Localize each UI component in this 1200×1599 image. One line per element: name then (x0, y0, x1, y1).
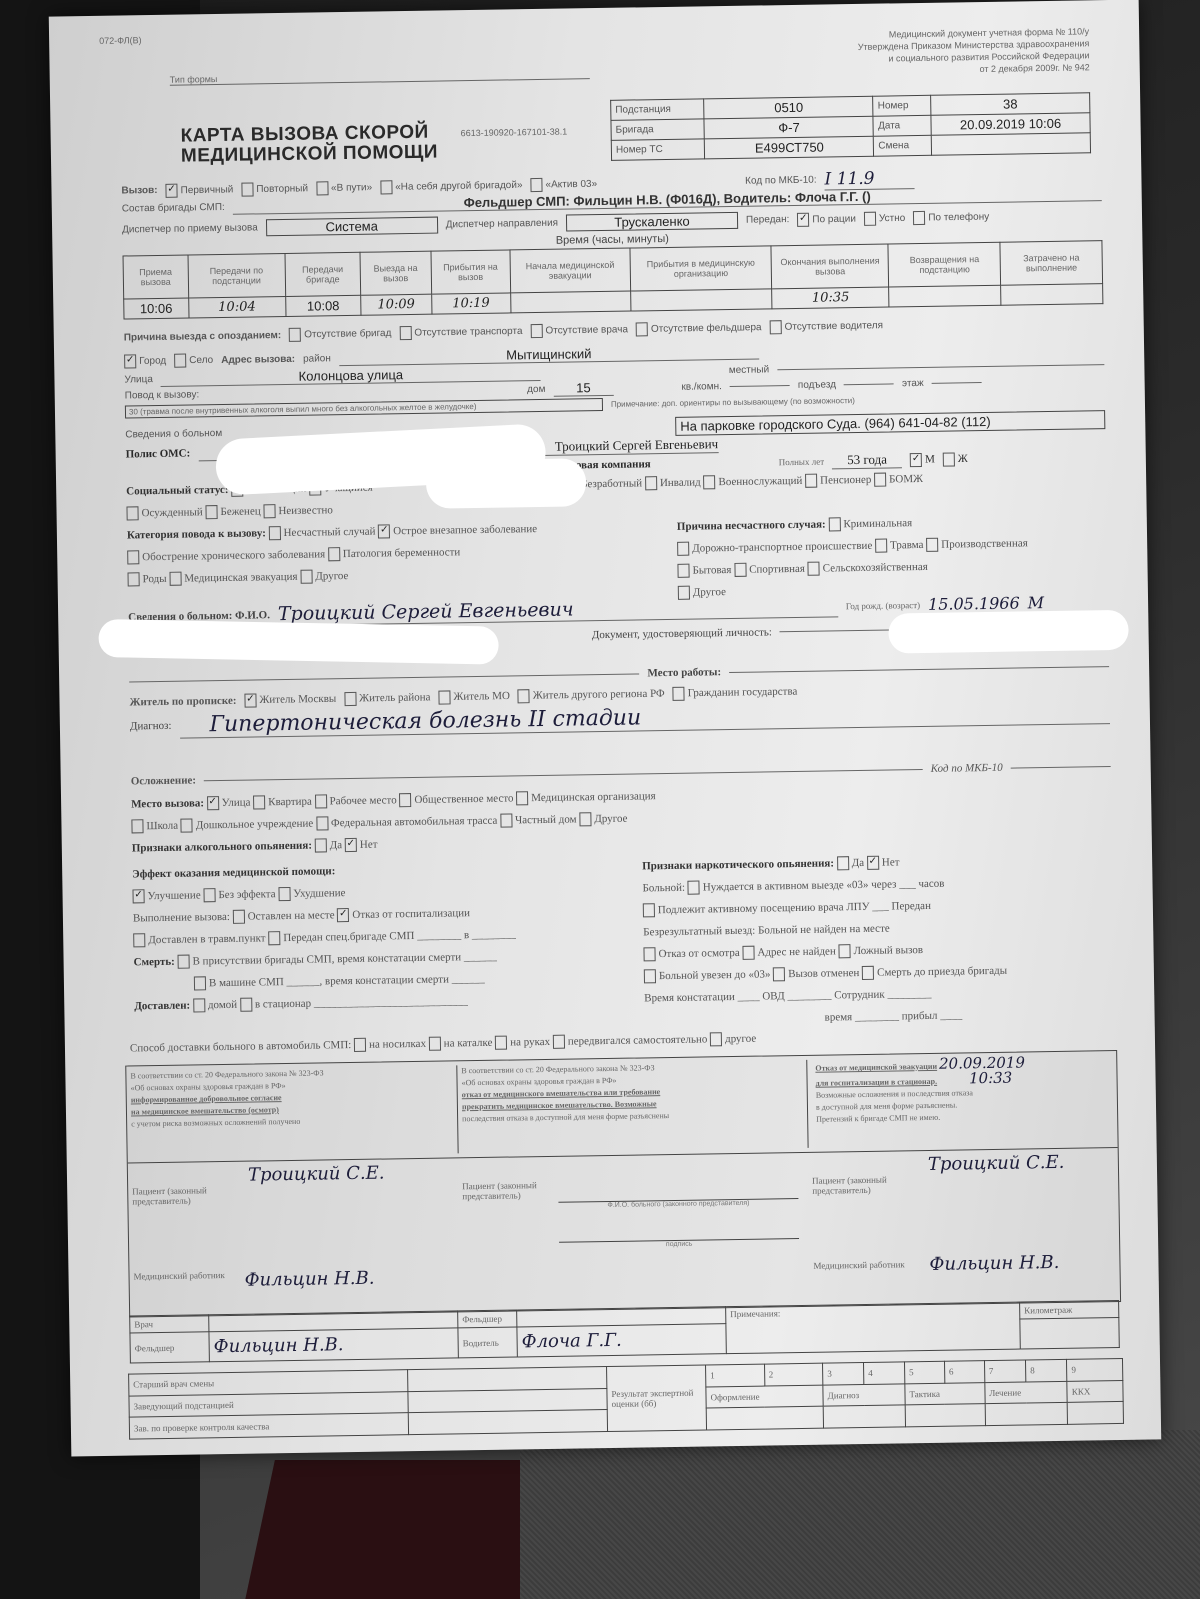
checkbox[interactable] (253, 796, 265, 810)
form-element: Улица (124, 374, 153, 385)
form-element (408, 1367, 607, 1392)
form-element: Оставлен на месте (248, 909, 335, 922)
checkbox[interactable] (205, 506, 217, 520)
checkbox[interactable] (194, 977, 206, 991)
form-element: Эффект оказания медицинской помощи: (132, 865, 335, 880)
form-element: Патология беременности (343, 546, 461, 560)
checkbox[interactable] (289, 328, 301, 342)
form-element: Код по МКБ-10 (931, 762, 1003, 775)
form-element: Подстанция (611, 99, 705, 120)
checkbox[interactable] (530, 324, 542, 338)
checkbox[interactable] (688, 881, 700, 895)
form-element: Документ, удостоверяющий личность: (592, 626, 772, 641)
form-element: Водитель (458, 1327, 517, 1358)
form-element: передвигался самостоятельно (568, 1033, 708, 1047)
form-element: Лечение (985, 1381, 1068, 1404)
redaction-mark (98, 619, 499, 665)
checkbox[interactable] (553, 1035, 565, 1049)
form-element: (964) 641-04-82 (112) (864, 414, 990, 431)
checkbox[interactable] (864, 211, 876, 225)
form-element: Диагноз (823, 1384, 905, 1407)
form-element: Доставлен в травм.пункт (148, 932, 265, 946)
form-element: Первичный (165, 182, 233, 197)
form-element: «В пути» (316, 180, 372, 195)
checkbox[interactable] (838, 945, 850, 959)
form-element: Военнослужащий (718, 475, 802, 488)
form-element: на каталке (444, 1037, 493, 1050)
form-element: На парковке городского Суда. (680, 416, 861, 434)
form-element: БОМЖ (889, 473, 923, 486)
form-element: Другое (594, 813, 627, 826)
checkbox[interactable] (268, 932, 280, 946)
form-element: Гражданин государства (673, 685, 798, 701)
form-element: для госпитализации в стационар. (816, 1077, 938, 1088)
form-element: «На себя другой бригадой» (395, 179, 522, 192)
header-table: Подстанция0510Номер38 БригадаФ-7Дата20.0… (610, 92, 1091, 161)
form-element: Номер ТС (611, 139, 705, 160)
form-element (1068, 1402, 1124, 1425)
form-element: Улучшение (147, 889, 200, 902)
checkbox[interactable] (677, 564, 689, 578)
checkbox[interactable] (133, 934, 145, 948)
call-type-checkbox[interactable] (380, 180, 392, 194)
form-element: В присутствии бригады СМП, время констат… (192, 951, 461, 967)
form-element: Безрезультатный выезд: Больной не найден… (643, 923, 890, 939)
form-element: «Актив 03» (530, 177, 597, 192)
form-element: Адрес вызова: (221, 353, 295, 365)
checkbox[interactable] (808, 562, 820, 576)
house-value: 15 (553, 380, 613, 397)
time-header: Окончания выполнения вызова (771, 244, 888, 289)
form-element: Больной: (642, 882, 685, 895)
form-element: Медицинская эвакуация (184, 571, 297, 585)
consent-area: В соответствии со ст. 20 Федерального за… (125, 1050, 1121, 1318)
form-element: Результат экспертной оценки (бб) (607, 1365, 707, 1432)
checkbox[interactable] (644, 970, 656, 984)
form-element: Устно (864, 211, 906, 226)
form-element: Отказ от госпитализации (352, 907, 470, 921)
form-element: Подлежит активному посещению врача ЛПУ _… (658, 900, 931, 916)
consent-block-2: В соответствии со ст. 20 Федерального за… (456, 1060, 802, 1153)
form-element: Нуждается в активном выезде «03» через _… (703, 878, 945, 894)
form-element: Нет (882, 856, 900, 868)
form-element: Федеральная автомобильная трасса (331, 815, 498, 830)
checkbox[interactable] (128, 573, 140, 587)
form-element: ОВД (762, 990, 785, 1002)
form-element: Фельдшер (458, 1310, 517, 1328)
form-element: Примечания: (726, 1302, 1021, 1354)
form-element: Житель другого региона РФ (533, 688, 665, 702)
form-element: Житель Москвы (259, 693, 336, 706)
time-value (889, 285, 1001, 307)
checkbox-checked[interactable] (378, 525, 390, 539)
checkbox[interactable] (773, 968, 785, 982)
checkbox-checked[interactable] (207, 797, 219, 811)
checkbox[interactable] (643, 904, 655, 918)
form-element: на носилках (369, 1038, 426, 1051)
form-element: Ж (958, 452, 968, 464)
form-element (844, 383, 894, 385)
checkbox[interactable] (268, 527, 280, 541)
form-element: Доставлен: (134, 1000, 190, 1013)
form-element: Повод к вызову: (125, 389, 200, 401)
checkbox-checked[interactable] (337, 909, 349, 923)
checkbox[interactable] (875, 539, 887, 553)
form-element: Производственная (941, 537, 1028, 550)
redaction-mark (888, 610, 1129, 654)
checkbox[interactable] (315, 839, 327, 853)
checkbox[interactable] (500, 814, 512, 828)
number-value: 38 (931, 93, 1090, 115)
checkbox[interactable] (636, 322, 648, 336)
form-element: Подстанция0510Номер38 БригадаФ-7Дата20.0… (611, 93, 1091, 161)
mkb-code: I 11.9 (824, 168, 914, 190)
form-element (777, 364, 1104, 370)
form-element (905, 1404, 985, 1427)
form-element: Примечание: доп. ориентиры по вызывающем… (611, 396, 855, 409)
medic-signature-2: Фильцин Н.В. (929, 1252, 1059, 1275)
call-type-checkbox[interactable] (316, 181, 328, 195)
patient-signature-2: Троицкий С.Е. (928, 1152, 1065, 1175)
form-element: «В пути» (331, 182, 372, 194)
time-header: Передачи по подстанции (188, 253, 286, 298)
call-type-checkbox[interactable] (241, 182, 253, 196)
checkbox[interactable] (263, 505, 275, 519)
form-element: в стационар (255, 998, 311, 1011)
form-element: 5 (904, 1361, 944, 1383)
checkbox[interactable] (677, 542, 689, 556)
checkbox[interactable] (131, 820, 143, 834)
form-element: Сельскохозяйственная (823, 561, 928, 575)
form-element: 072-ФЛ(В) Тип формы Медицинский документ… (119, 20, 1109, 36)
form-element: Врач (130, 1315, 209, 1333)
form-element: Выполнение вызова: (133, 911, 230, 925)
form-element: Адрес не найден (757, 945, 836, 958)
checkbox[interactable] (913, 210, 925, 224)
form-element: Осужденный (141, 506, 202, 519)
time-header: Возвращения на подстанцию (888, 242, 1001, 287)
time-value: 10:08 (285, 295, 361, 316)
form-element: Дата (873, 115, 931, 136)
time-header: Затрачено на выполнение (1000, 241, 1102, 286)
form-element: Способ доставки больного в автомобиль СМ… (130, 1039, 351, 1054)
form-element: М (925, 453, 935, 465)
form-element: Житель по прописке: (129, 695, 236, 709)
form-element (1020, 1318, 1119, 1349)
form-element: дом (527, 383, 545, 394)
checkbox[interactable] (315, 795, 327, 809)
form-element: Бригада (611, 119, 705, 140)
form-element: Гражданин государства (688, 686, 798, 700)
form-element: Признаки алкогольного опьянения: (132, 840, 312, 855)
form-element (932, 382, 982, 384)
form-element: Год рожд. (возраст) (846, 600, 920, 611)
form-element (129, 673, 639, 682)
form-element: Смерть до приезда бригады (877, 965, 1007, 979)
form-element: Спортивная (749, 563, 805, 576)
time-value (630, 289, 772, 311)
form-element (823, 1405, 905, 1428)
checkbox[interactable] (399, 326, 411, 340)
form-element: Другое (315, 570, 348, 583)
form-element: Город (139, 355, 166, 366)
form-element: этаж (902, 377, 924, 388)
checkbox[interactable] (177, 955, 189, 969)
form-element: 1 (706, 1364, 765, 1387)
checkbox[interactable] (316, 817, 328, 831)
form-element: Отказ от осмотра (658, 947, 739, 960)
checkbox[interactable] (874, 473, 886, 487)
checkbox-checked[interactable] (797, 212, 809, 226)
dispatcher2-value: Трускаленко (566, 212, 738, 232)
checkbox-checked[interactable] (132, 890, 144, 904)
form-element: 2 (764, 1363, 823, 1386)
checkbox[interactable] (518, 689, 530, 703)
form-element: Житель другого региона РФ (518, 687, 665, 703)
background-gray-fabric (520, 1430, 1200, 1599)
form-element: Повторный (241, 181, 308, 196)
call-type-checkbox[interactable] (165, 183, 177, 197)
form-element: Отсутствие бригад (304, 328, 391, 340)
form-element: Сотрудник (834, 989, 885, 1002)
checkbox[interactable] (169, 572, 181, 586)
form-element (1011, 766, 1111, 769)
form-element: 6 (944, 1361, 984, 1383)
form-element: Город (124, 354, 166, 369)
form-element: 4 (863, 1362, 904, 1384)
form-element: Состав бригады СМП: (122, 201, 225, 214)
checkbox[interactable] (203, 889, 215, 903)
checkbox[interactable] (344, 692, 356, 706)
form-element: По телефону (913, 209, 989, 224)
time-header: Прибытия на вызов (431, 250, 511, 294)
checkbox[interactable] (805, 474, 817, 488)
refusal-time: 10:33 (969, 1069, 1013, 1088)
form-element: Да (852, 857, 865, 869)
time-header: Начала медицинской эвакуации (510, 248, 630, 293)
form-element: Код по МКБ-10: (745, 175, 817, 187)
form-element: По рации (812, 213, 856, 225)
form-element: Вызов отменен (788, 967, 859, 980)
form-element: на руках (510, 1036, 550, 1049)
checkbox[interactable] (516, 792, 528, 806)
form-element: время (824, 1011, 852, 1023)
form-element: Старший врач смены Результат экспертной … (129, 1358, 1124, 1439)
corner-code: 072-ФЛ(В) (99, 35, 142, 46)
checkbox[interactable] (354, 1038, 366, 1052)
form-element: подъезд (798, 379, 836, 391)
checkbox[interactable] (742, 946, 754, 960)
form-element: ККХ (1067, 1380, 1123, 1403)
checkbox[interactable] (710, 1033, 722, 1047)
form-element: Место вызова: (131, 797, 204, 810)
checkbox[interactable] (278, 887, 290, 901)
form-element: 9 (1067, 1358, 1123, 1381)
form-element: Пациент (законный представитель) (132, 1185, 232, 1207)
form-type-label: Тип формы (170, 68, 590, 86)
form-element: Медицинский работник (133, 1270, 233, 1282)
time-header: Выезда на вызов (360, 251, 431, 295)
patient-signature-1: Троицкий С.Е. (248, 1163, 385, 1186)
checkbox-checked[interactable] (910, 452, 922, 466)
form-element: Пациент (законный представитель) (812, 1174, 912, 1196)
checkbox[interactable] (438, 690, 450, 704)
form-element (204, 769, 923, 781)
form-element: 8 (1026, 1359, 1068, 1381)
form-element: Житель района (359, 691, 430, 704)
form-element: По рации (797, 211, 856, 226)
form-element: Обострение хронического заболевания (142, 548, 325, 563)
form-element: Повторный (256, 183, 308, 195)
form-element: Отсутствие водителя (769, 319, 883, 335)
time-value: 10:35 (772, 287, 889, 309)
time-value: 10:06 (124, 298, 189, 319)
effect-section: Эффект оказания медицинской помощи: Улуч… (132, 855, 644, 1017)
checkbox[interactable] (429, 1037, 441, 1051)
checkbox[interactable] (643, 948, 655, 962)
form-element: Диспетчер по приему вызова (122, 222, 258, 235)
form-element: Отсутствие водителя (784, 320, 883, 333)
checkbox-checked[interactable] (345, 838, 357, 852)
form-element: прибыл (902, 1010, 938, 1023)
checkbox-checked[interactable] (867, 856, 879, 870)
form-element (729, 666, 1109, 673)
checkbox[interactable] (673, 687, 685, 701)
form-element: Приема вызоваПередачи по подстанцииПеред… (123, 241, 1103, 319)
time-value (511, 291, 631, 313)
checkbox[interactable] (926, 538, 938, 552)
form-element: Фельдшер (130, 1332, 209, 1363)
form-element: МЕДИЦИНСКОЙ ПОМОЩИ (181, 143, 438, 167)
form-element: Вызов: (121, 185, 157, 197)
dispatcher-value: Система (266, 217, 438, 237)
checkbox[interactable] (399, 794, 411, 808)
form-element: Номер (873, 95, 931, 116)
checkbox-checked[interactable] (244, 693, 256, 707)
form-element: Безработный (581, 477, 642, 490)
form-element: Категория повода к вызову: (127, 527, 266, 541)
form-element: Ухудшение (293, 887, 345, 900)
checkbox[interactable] (828, 518, 840, 532)
form-element: Устно (879, 212, 906, 223)
form-element: Улица (222, 797, 251, 809)
form-element: Километраж (1020, 1301, 1119, 1320)
form-element: Общественное место (414, 792, 513, 806)
form-element: { "form": { "corner_code": "072-ФЛ(В)", … (0, 0, 1200, 1599)
checkbox[interactable] (300, 570, 312, 584)
form-element: 7 (984, 1360, 1026, 1382)
form-element: Сведения о больном (125, 428, 222, 441)
checkbox[interactable] (233, 910, 245, 924)
checkbox[interactable] (193, 999, 205, 1013)
form-element: В машине СМП (209, 976, 284, 989)
form-element: Дошкольное учреждение (196, 818, 314, 832)
consent-block-1: В соответствии со ст. 20 Федерального за… (130, 1065, 451, 1130)
form-element: Инвалид (660, 476, 701, 489)
form-element: Роды (143, 573, 167, 585)
form-element: Отсутствие транспорта (414, 326, 522, 339)
checkbox[interactable] (174, 354, 186, 368)
vehicle-value: Е499СТ750 (705, 136, 874, 159)
checkbox[interactable] (862, 966, 874, 980)
form-element (706, 1406, 823, 1430)
checkbox[interactable] (181, 819, 193, 833)
checkbox[interactable] (645, 477, 657, 491)
form-element: Диагноз: (130, 720, 172, 733)
checkbox[interactable] (837, 857, 849, 871)
call-card-document: 072-ФЛ(В) Тип формы Медицинский документ… (49, 0, 1161, 1456)
form-element: Место работы: (647, 666, 721, 679)
form-element: Село (174, 353, 213, 368)
form-element: 3 (823, 1363, 864, 1385)
form-element: Больной увезен до «03» (659, 968, 771, 982)
form-element: район (303, 353, 331, 364)
form-element: Диспетчер направления (446, 218, 558, 231)
form-element: Село (189, 355, 213, 366)
form-element: Оформление (706, 1385, 823, 1408)
checkbox[interactable] (240, 998, 252, 1012)
form-element: Медицинская организация (531, 790, 656, 804)
checkbox-checked[interactable] (124, 354, 136, 368)
form-element: Житель МО (438, 689, 510, 704)
checkbox[interactable] (943, 452, 955, 466)
checkbox[interactable] (734, 563, 746, 577)
consent-block-3: Отказ от медицинской эвакуации 20.09.201… (806, 1055, 1116, 1148)
form-element: Смерть: (134, 956, 175, 969)
narcotic-section: Признаки наркотического опьянения: Да Не… (642, 848, 1115, 1031)
time-value: 10:19 (431, 293, 511, 314)
checkbox[interactable] (126, 507, 138, 521)
form-element: Передан: (746, 214, 790, 226)
form-element: Причина несчастного случая: (677, 519, 826, 533)
form-element: Ф.И.О. больного (законного представителя… (558, 1198, 798, 1210)
form-element: Школа (146, 820, 178, 832)
form-element: Острое внезапное заболевание (393, 523, 537, 537)
call-type-checkbox[interactable] (530, 177, 542, 191)
form-element (730, 385, 790, 387)
checkbox[interactable] (769, 320, 781, 334)
form-element: Рабочее место (330, 794, 397, 807)
form-element: «Актив 03» (545, 178, 597, 190)
form-element: Частный дом (515, 813, 577, 826)
time-header: Передачи бригаде (285, 252, 361, 296)
form-element: Нет (360, 839, 378, 851)
page-title: КАРТА ВЫЗОВА СКОРОЙМЕДИЦИНСКОЙ ПОМОЩИ (181, 123, 439, 167)
form-element: Ж (943, 452, 968, 466)
form-element: Да (330, 839, 343, 851)
form-element: Зав. по проверке контроля качества (129, 1413, 408, 1439)
checkbox[interactable] (703, 476, 715, 490)
time-value (1001, 284, 1103, 306)
form-element: местный (729, 364, 769, 376)
form-element: Житель района (344, 691, 430, 706)
form-element: Отсутствие врача (530, 323, 628, 339)
form-element: другое (725, 1033, 756, 1045)
form-element: Дорожно-транспортное происшествие (692, 540, 872, 555)
form-element: Житель МО (453, 690, 510, 703)
checkbox[interactable] (495, 1036, 507, 1050)
driver-signature: Флоча Г.Г. (517, 1324, 726, 1357)
time-header: Прибытия в медицинскую организацию (630, 246, 772, 291)
form-element: Тактика (905, 1382, 985, 1405)
checkbox[interactable] (127, 551, 139, 565)
checkbox[interactable] (328, 548, 340, 562)
form-element (408, 1410, 607, 1435)
form-element: Осложнение: (131, 774, 196, 787)
form-element: домой (208, 999, 237, 1011)
form-element: кв./комн. (681, 381, 722, 393)
checkbox[interactable] (579, 813, 591, 827)
